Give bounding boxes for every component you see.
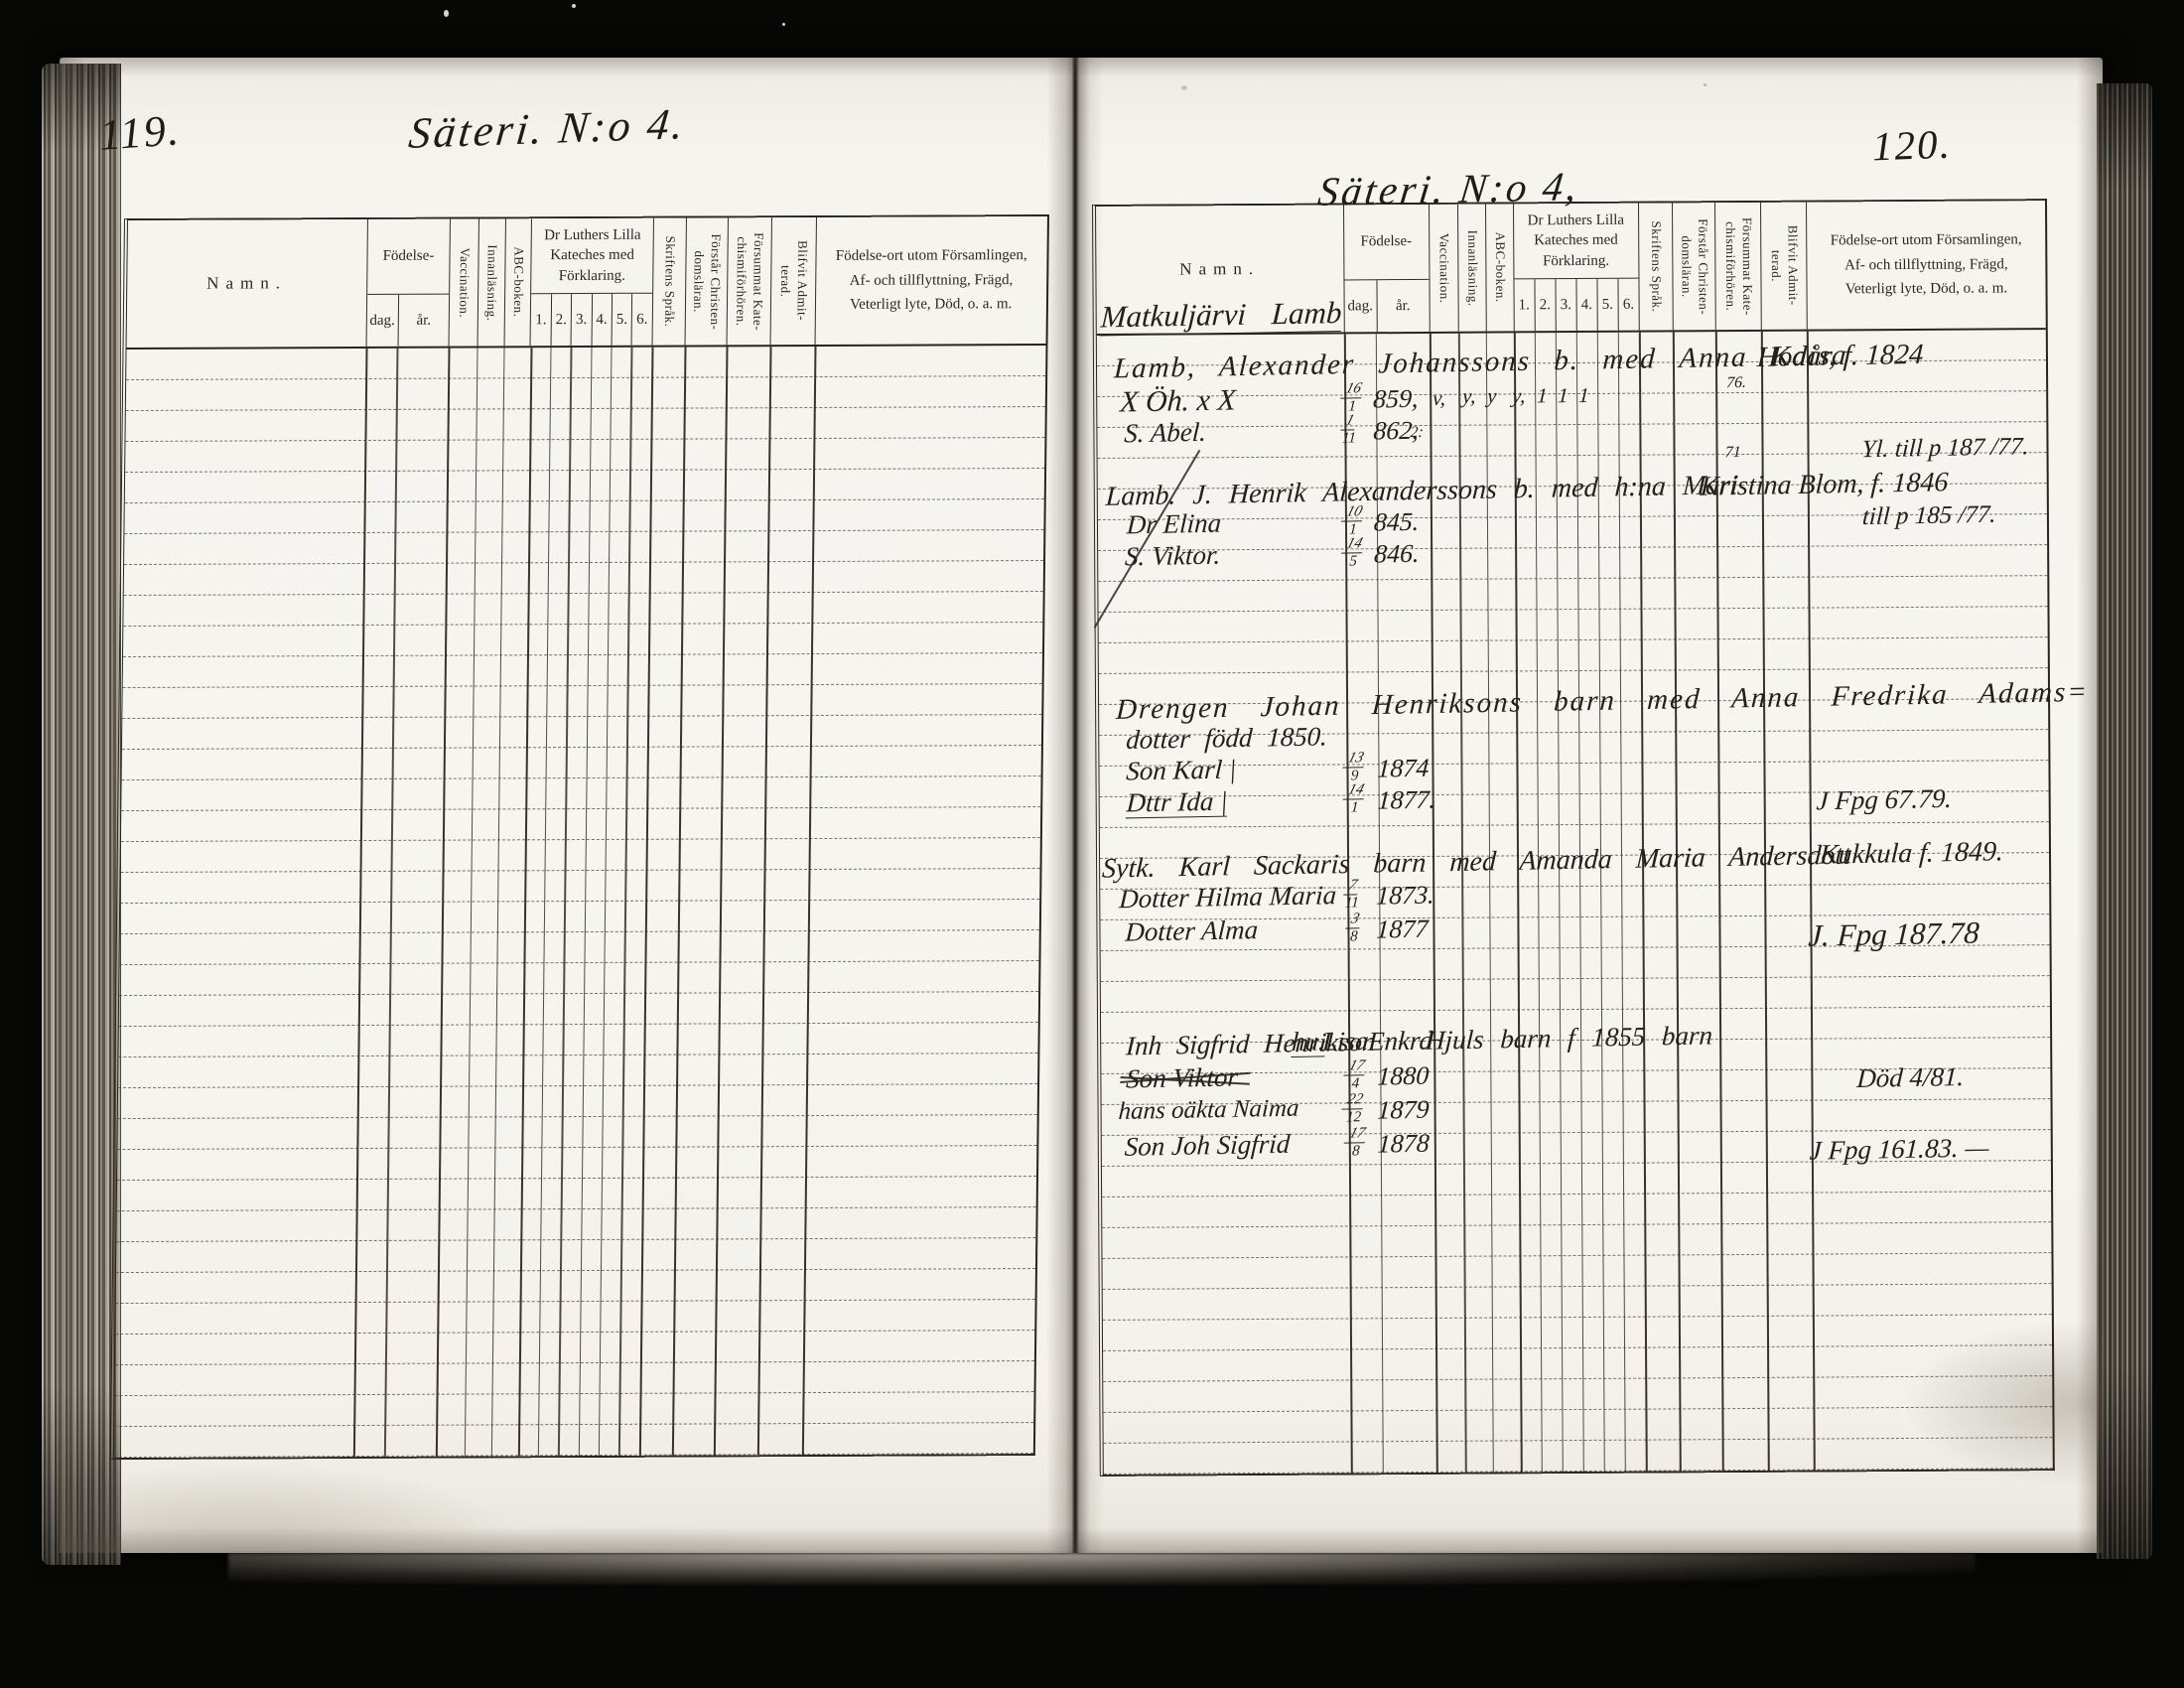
ledger-ruled-row	[1104, 1438, 2053, 1475]
fodelseort-column-label: Födelse-ort utom Församlingen, Af- och t…	[829, 243, 1033, 318]
blifvit-column-label: Blifvit Admit- terad.	[1767, 225, 1801, 306]
ledger-ruled-row	[125, 469, 1044, 503]
ledger-ruled-row	[115, 1361, 1034, 1396]
kateches-group-label: Dr Luthers Lilla Kateches med Förklaring…	[1514, 204, 1639, 279]
ledger-ruled-row	[116, 1238, 1035, 1273]
col-blifvit-header: Blifvit Admit- terad.	[770, 217, 816, 345]
ledger-ruled-row	[125, 407, 1044, 442]
col-forsummat-header: Försummat Kate- chismiförhören.	[1714, 203, 1761, 330]
ledger-header-row: Namn.Födelse-dag.år.Vaccination.Innanläs…	[127, 216, 1047, 350]
kateches-grade-3-label: 3.	[571, 294, 592, 346]
ledger-ruled-row	[123, 623, 1042, 657]
ledger-table-119: Namn.Födelse-dag.år.Vaccination.Innanläs…	[110, 214, 1049, 1460]
skriftens-column-label: Skriftens Språk.	[660, 236, 678, 328]
col-blifvit-header: Blifvit Admit- terad.	[1760, 203, 1807, 330]
ledger-ruled-row	[117, 1177, 1036, 1211]
ledger-ruled-row	[115, 1300, 1034, 1335]
col-fodelse-header: Födelse-dag.år.	[365, 219, 450, 347]
innanlasning-column-label: Innanläsning.	[1463, 229, 1480, 306]
ledger-ruled-row	[115, 1331, 1034, 1365]
col-fodelse-header: Födelse-dag.år.	[1343, 205, 1430, 333]
skriftens-column-label: Skriftens Språk.	[1647, 221, 1664, 313]
fodelse-subheader: dag.år.	[366, 294, 449, 347]
page-stack-edge-right	[2097, 83, 2152, 1559]
scan-background: 119. Säteri. N:o 4. Säteri. N:o 4, 120. …	[0, 0, 2184, 1688]
col-vaccination-header: Vaccination.	[1429, 205, 1458, 332]
kateches-subheader: 1.2.3.4.5.6.	[1514, 278, 1639, 332]
ledger-ruled-row	[122, 715, 1041, 750]
forsummat-column-label: Försummat Kate- chismiförhören.	[732, 232, 766, 331]
ledger-ruled-row	[118, 1084, 1037, 1119]
col-fodelseort-header: Födelse-ort utom Församlingen, Af- och t…	[1806, 201, 2046, 329]
col-kateches-header: Dr Luthers Lilla Kateches med Förklaring…	[1513, 204, 1639, 332]
kateches-grade-2-label: 2.	[550, 294, 571, 346]
ledger-ruled-row	[122, 684, 1041, 719]
col-namn-header: Namn.	[1096, 205, 1343, 334]
ar-subcolumn-label: år.	[1376, 280, 1429, 332]
page-stack-edge-left	[42, 64, 121, 1565]
namn-column-label: Namn.	[206, 273, 287, 293]
kateches-grade-6-label: 6.	[631, 294, 652, 346]
col-abc-header: ABC-boken.	[503, 218, 531, 346]
kateches-group-label: Dr Luthers Lilla Kateches med Förklaring…	[532, 218, 653, 294]
ledger-ruled-row	[124, 530, 1043, 565]
ledger-ruled-row	[120, 869, 1039, 904]
ledger-body	[114, 346, 1046, 1458]
col-abc-header: ABC-boken.	[1485, 204, 1514, 331]
fodelse-group-label: Födelse-	[1344, 205, 1429, 280]
abc-column-label: ABC-boken.	[509, 247, 527, 318]
kateches-grade-3-label: 3.	[1555, 279, 1575, 331]
vaccination-column-label: Vaccination.	[455, 247, 473, 318]
ledger-ruled-row	[121, 776, 1040, 811]
ledger-page-119: Namn.Födelse-dag.år.Vaccination.Innanläs…	[110, 214, 1049, 1460]
vaccination-column-label: Vaccination.	[1435, 232, 1452, 303]
col-vaccination-header: Vaccination.	[449, 218, 478, 346]
col-skriftens-header: Skriftens Språk.	[1638, 203, 1673, 330]
ledger-ruled-row	[118, 1023, 1037, 1057]
book-bottom-edge	[228, 1553, 1976, 1585]
col-forstar-header: Förstår Christen- domsläran.	[685, 217, 728, 345]
ledger-ruled-row	[124, 499, 1043, 534]
ledger-ruled-row	[117, 1146, 1036, 1181]
ledger-body	[1097, 330, 2053, 1475]
ledger-header-row: Namn.Födelse-dag.år.Vaccination.Innanläs…	[1096, 201, 2046, 336]
abc-column-label: ABC-boken.	[1491, 232, 1508, 303]
forsummat-column-label: Försummat Kate- chismiförhören.	[1721, 216, 1755, 315]
ledger-ruled-row	[118, 1054, 1037, 1088]
dust-speck	[782, 23, 785, 26]
dust-speck	[1181, 85, 1187, 90]
kateches-grade-5-label: 5.	[1596, 279, 1617, 331]
namn-column-label: Namn.	[1179, 259, 1260, 279]
ledger-ruled-row	[126, 346, 1045, 380]
fodelse-group-label: Födelse-	[367, 219, 450, 294]
col-kateches-header: Dr Luthers Lilla Kateches med Förklaring…	[530, 218, 653, 347]
ledger-ruled-row	[119, 961, 1038, 996]
page-title-119: Säteri. N:o 4.	[406, 98, 688, 159]
ledger-ruled-row	[114, 1423, 1033, 1458]
ledger-ruled-row	[121, 807, 1040, 842]
dag-subcolumn-label: dag.	[1344, 280, 1376, 332]
ledger-ruled-row	[125, 438, 1044, 473]
page-number-119: 119.	[97, 104, 182, 161]
ar-subcolumn-label: år.	[397, 295, 449, 347]
ledger-ruled-row	[121, 838, 1040, 873]
ledger-ruled-row	[116, 1269, 1035, 1304]
ledger-ruled-row	[123, 653, 1042, 688]
dust-speck	[572, 4, 576, 8]
ledger-ruled-row	[116, 1207, 1035, 1242]
col-forstar-header: Förstår Christen- domsläran.	[1672, 203, 1715, 330]
fodelseort-column-label: Födelse-ort utom Församlingen, Af- och t…	[1825, 227, 2028, 303]
kateches-grade-5-label: 5.	[611, 294, 631, 346]
kateches-grade-1-label: 1.	[1514, 279, 1534, 331]
forstar-column-label: Förstår Christen- domsläran.	[689, 233, 724, 330]
ledger-ruled-row	[120, 900, 1039, 934]
kateches-grade-6-label: 6.	[1617, 279, 1638, 331]
ledger-ruled-row	[124, 561, 1043, 596]
col-namn-header: Namn.	[127, 219, 367, 348]
page-number-120: 120.	[1871, 120, 1952, 171]
ledger-ruled-row	[114, 1392, 1033, 1427]
fodelse-subheader: dag.år.	[1344, 279, 1429, 333]
ledger-ruled-row	[119, 992, 1038, 1027]
page-title-120: Säteri. N:o 4,	[1315, 162, 1582, 215]
ledger-table-120: Namn.Födelse-dag.år.Vaccination.Innanläs…	[1092, 199, 2055, 1477]
ledger-ruled-row	[122, 746, 1041, 780]
forstar-column-label: Förstår Christen- domsläran.	[1677, 218, 1710, 315]
dust-speck	[444, 10, 449, 17]
ledger-page-120: Namn.Födelse-dag.år.Vaccination.Innanläs…	[1092, 199, 2055, 1477]
ledger-ruled-row	[126, 376, 1045, 411]
ledger-ruled-row	[123, 592, 1042, 627]
dag-subcolumn-label: dag.	[366, 295, 398, 347]
col-innanlasning-header: Innanläsning.	[1457, 205, 1486, 332]
ledger-ruled-row	[119, 930, 1038, 965]
dust-speck	[1704, 83, 1706, 86]
col-innanlasning-header: Innanläsning.	[477, 218, 504, 346]
kateches-grade-4-label: 4.	[1575, 279, 1596, 331]
kateches-grade-2-label: 2.	[1534, 279, 1555, 331]
innanlasning-column-label: Innanläsning.	[482, 244, 500, 321]
kateches-grade-1-label: 1.	[531, 294, 551, 346]
blifvit-column-label: Blifvit Admit- terad.	[776, 240, 811, 321]
col-skriftens-header: Skriftens Språk.	[651, 218, 686, 346]
col-fodelseort-header: Födelse-ort utom Församlingen, Af- och t…	[814, 216, 1047, 345]
kateches-subheader: 1.2.3.4.5.6.	[531, 293, 652, 347]
kateches-grade-4-label: 4.	[591, 294, 612, 346]
col-forsummat-header: Försummat Kate- chismiförhören.	[726, 217, 771, 345]
ledger-ruled-row	[117, 1115, 1036, 1150]
